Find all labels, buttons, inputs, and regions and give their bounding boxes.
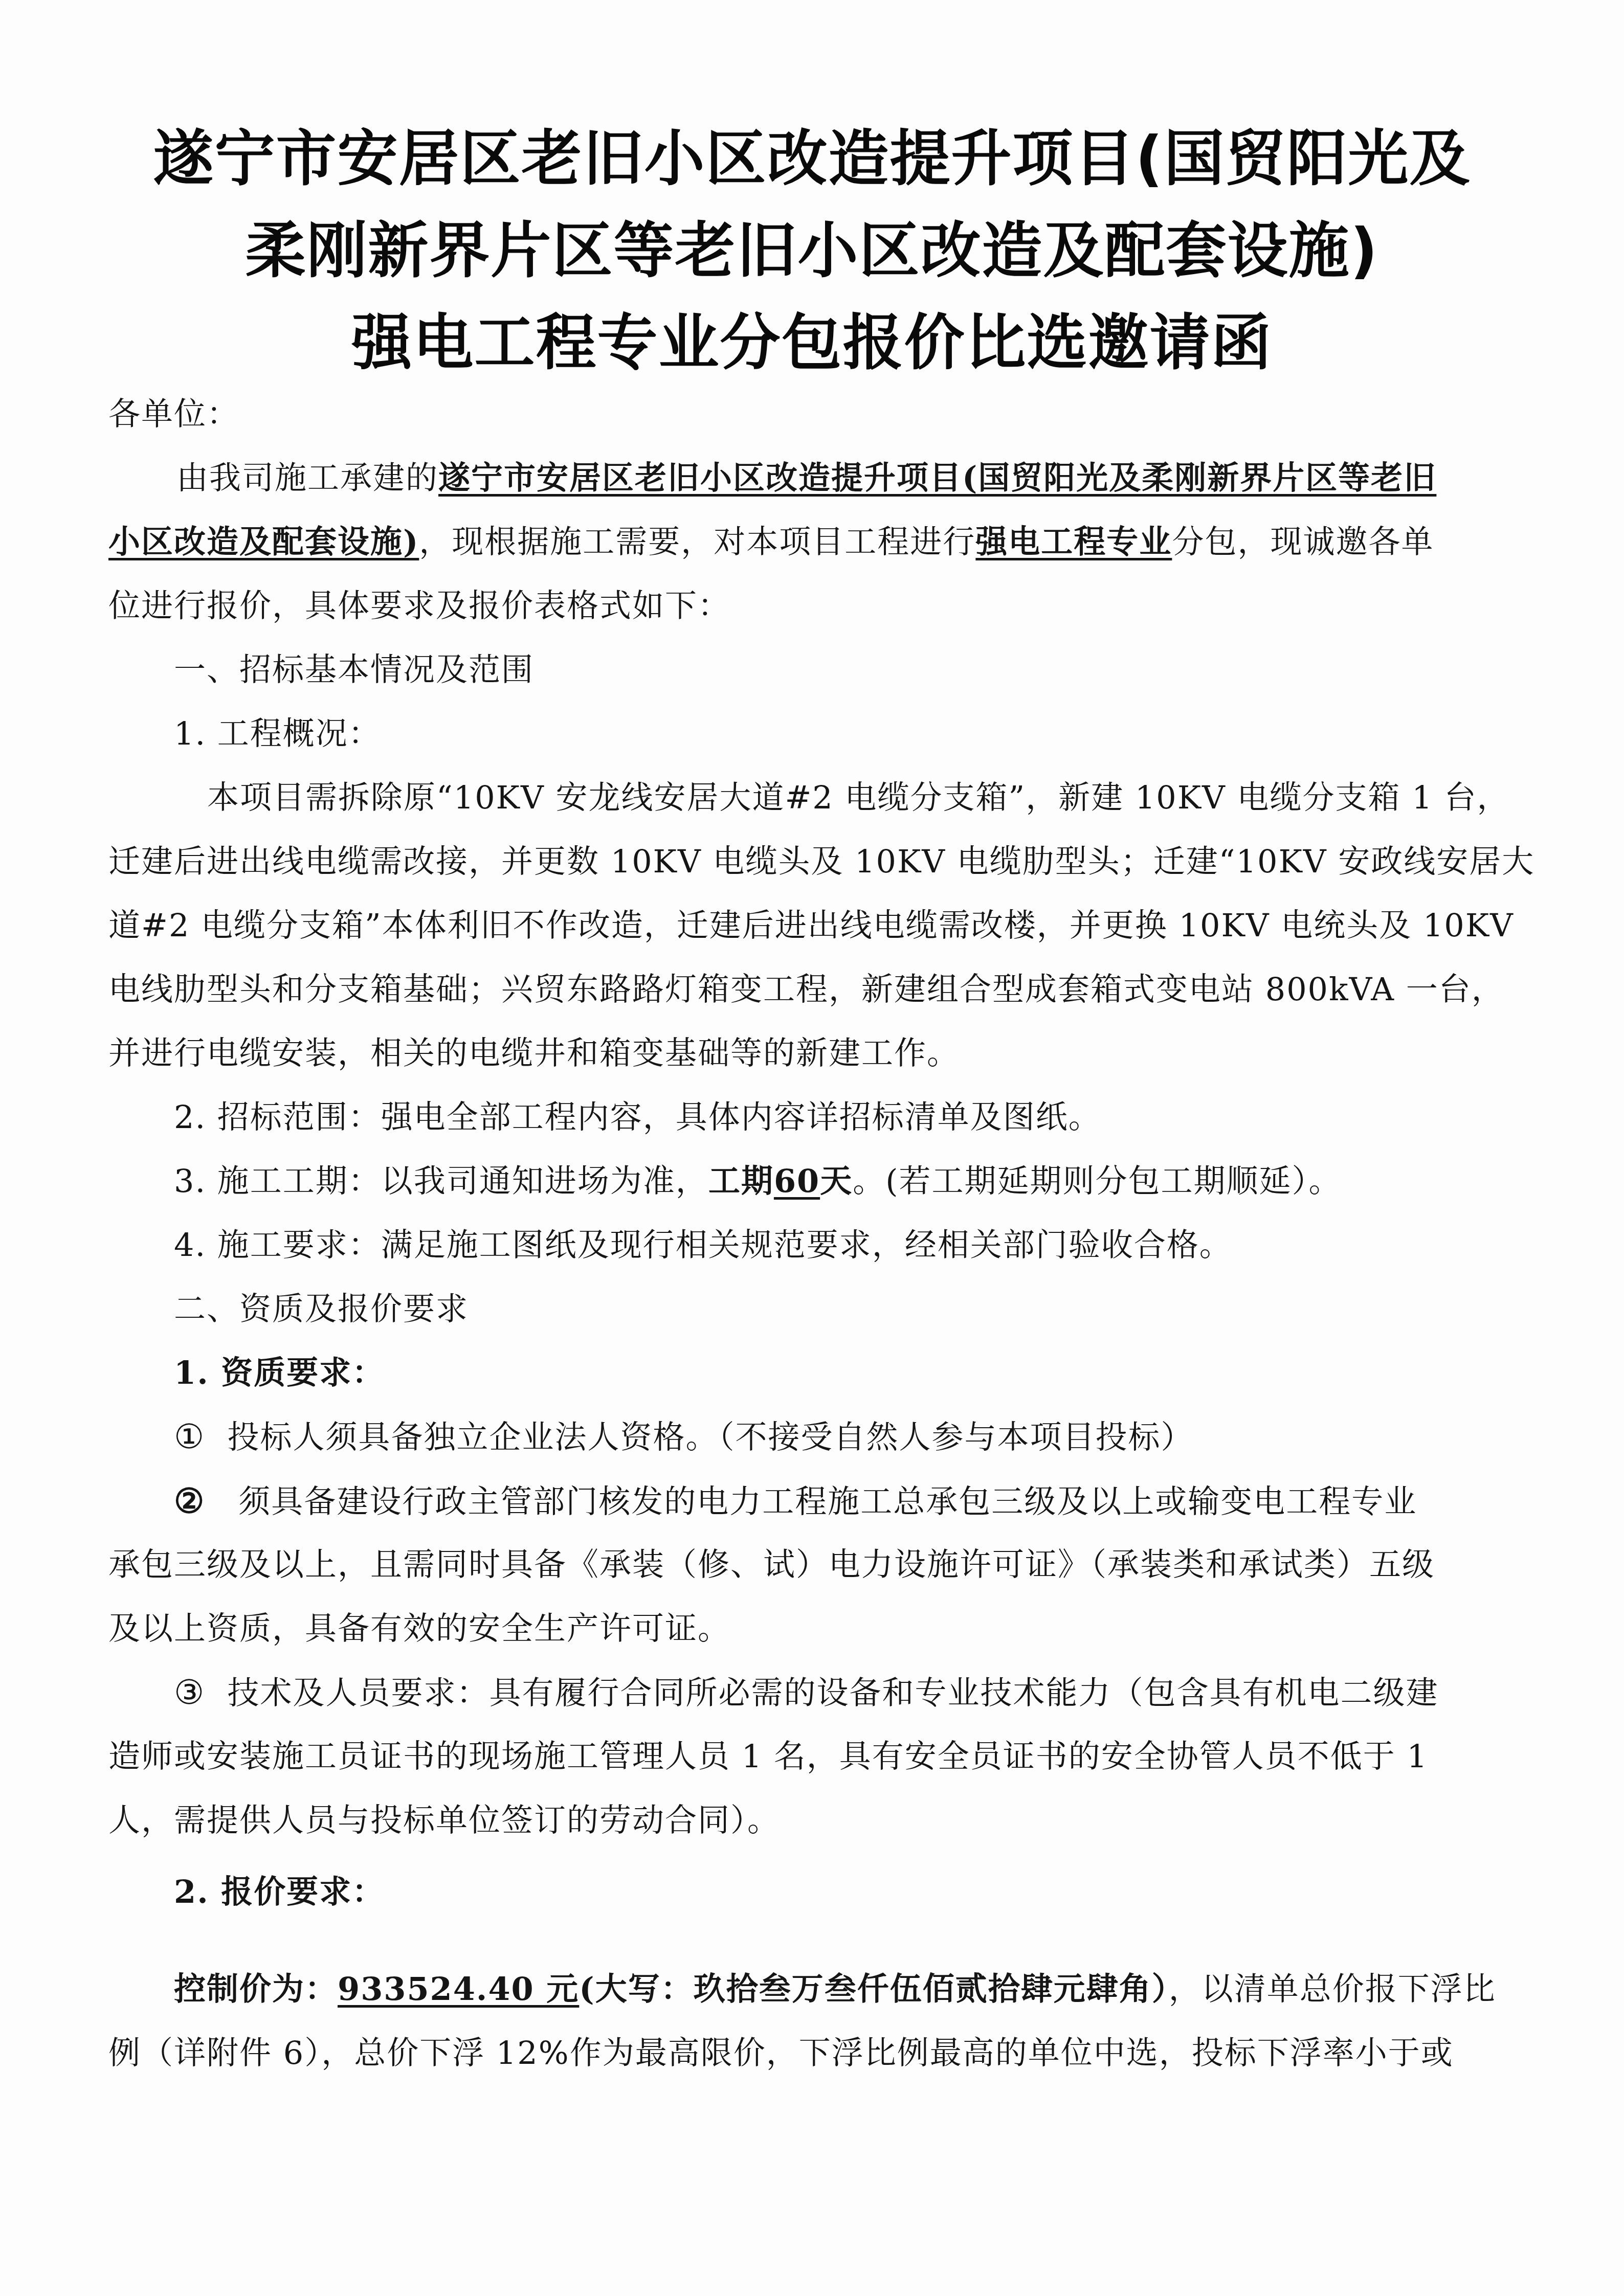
circled-2: ② [174, 1481, 205, 1521]
period-note: 。(若工期延期则分包工期顺延）。 [853, 1162, 1341, 1200]
qualification-3-line-3: 人，需提供人员与投标单位签订的劳动合同）。 [108, 1800, 780, 1841]
tender-scope: 2. 招标范围：强电全部工程内容，具体内容详招标清单及图纸。 [174, 1097, 1101, 1138]
control-price-label: 控制价为： [174, 1970, 338, 2008]
qualification-2-text: 须具备建设行政主管部门核发的电力工程施工总承包三级及以上或输变电工程专业 [238, 1483, 1417, 1520]
qualification-3-text: 技术及人员要求：具有履行合同所必需的设备和专业技术能力（包含具有机电二级建 [228, 1674, 1439, 1712]
intro-line-3: 位进行报价，具体要求及报价表格式如下： [108, 586, 730, 626]
overview-line-3: 道#2 电缆分支箱”本体利旧不作改造，迁建后进出线电缆需改楼，并更换 10KV … [108, 905, 1514, 946]
qualification-2-line-2: 承包三级及以上，且需同时具备《承装（修、试）电力设施许可证》（承装类和承试类）五… [108, 1544, 1435, 1585]
overview-line-5: 并进行电缆安装，相关的电缆井和箱变基础等的新建工作。 [108, 1033, 960, 1074]
overview-line-2: 迁建后进出线电缆需改接，并更数 10KV 电缆头及 10KV 电缆肋型头；迁建“… [108, 841, 1534, 882]
pricing-line-2: 例（详附件 6），总价下浮 12%作为最高限价，下浮比例最高的单位中选，投标下浮… [108, 2033, 1454, 2074]
control-price-line: 控制价为：933524.40 元(大写：玖拾叁万叁仟伍佰贰拾肆元肆角），以清单总… [174, 1969, 1496, 2010]
period-days: 60 [774, 1162, 820, 1200]
section-2-heading: 二、资质及报价要求 [174, 1289, 469, 1330]
overview-line-1: 本项目需拆除原“10KV 安龙线安居大道#2 电缆分支箱”，新建 10KV 电缆… [207, 777, 1509, 818]
period-text: 3. 施工工期：以我司通知进场为准， [174, 1162, 708, 1200]
qualification-label: 1. 资质要求： [174, 1353, 385, 1393]
construction-period: 3. 施工工期：以我司通知进场为准，工期60天。(若工期延期则分包工期顺延）。 [174, 1161, 1341, 1202]
period-label: 工期 [708, 1162, 774, 1200]
qualification-2-line-1: ② 须具备建设行政主管部门核发的电力工程施工总承包三级及以上或输变电工程专业 [174, 1480, 1417, 1522]
document-page: 遂宁市安居区老旧小区改造提升项目(国贸阳光及 柔刚新界片区等老旧小区改造及配套设… [0, 0, 1624, 2296]
qualification-1: ① 投标人须具备独立企业法人资格。（不接受自然人参与本项目投标） [174, 1416, 1194, 1458]
qualification-3-line-2: 造师或安装施工员证书的现场施工管理人员 1 名，具有安全员证书的安全协管人员不低… [108, 1736, 1428, 1777]
subcontract-type: 强电工程专业 [975, 523, 1172, 560]
overview-label: 1. 工程概况： [174, 713, 381, 754]
qualification-2-line-3: 及以上资质，具备有效的安全生产许可证。 [108, 1608, 730, 1649]
control-price-value: 933524.40 元 [338, 1970, 579, 2008]
title-line-3: 强电工程专业分包报价比选邀请函 [0, 307, 1624, 378]
overview-line-4: 电线肋型头和分支箱基础；兴贸东路路灯箱变工程，新建组合型成套箱式变电站 800k… [108, 969, 1504, 1010]
construction-requirements: 4. 施工要求：满足施工图纸及现行相关规范要求，经相关部门验收合格。 [174, 1225, 1232, 1266]
intro-text: ，现根据施工需要，对本项目工程进行 [419, 523, 975, 560]
pricing-label: 2. 报价要求： [174, 1872, 385, 1912]
intro-text: 由我司施工承建的 [176, 459, 438, 497]
title-line-1: 遂宁市安居区老旧小区改造提升项目(国贸阳光及 [0, 123, 1624, 194]
intro-line-2: 小区改造及配套设施)，现根据施工需要，对本项目工程进行强电工程专业分包，现诚邀各… [108, 522, 1434, 562]
circled-1: ① [174, 1417, 205, 1456]
control-price-uppercase: (大写：玖拾叁万叁仟伍佰贰拾肆元肆角） [579, 1970, 1168, 2008]
project-name: 遂宁市安居区老旧小区改造提升项目(国贸阳光及柔刚新界片区等老旧 [438, 459, 1436, 497]
intro-text: 分包，现诚邀各单 [1172, 523, 1434, 560]
section-1-heading: 一、招标基本情况及范围 [174, 649, 534, 690]
intro-line-1: 由我司施工承建的遂宁市安居区老旧小区改造提升项目(国贸阳光及柔刚新界片区等老旧 [176, 458, 1436, 499]
project-name-cont: 小区改造及配套设施) [108, 523, 419, 560]
control-price-note: ，以清单总价报下浮比 [1169, 1970, 1496, 2008]
circled-3: ③ [174, 1673, 205, 1712]
qualification-1-text: 投标人须具备独立企业法人资格。（不接受自然人参与本项目投标） [228, 1419, 1194, 1456]
period-unit: 天 [820, 1162, 853, 1200]
qualification-3-line-1: ③ 技术及人员要求：具有履行合同所必需的设备和专业技术能力（包含具有机电二级建 [174, 1672, 1439, 1714]
title-line-2: 柔刚新界片区等老旧小区改造及配套设施) [0, 215, 1624, 286]
salutation: 各单位： [108, 394, 239, 435]
